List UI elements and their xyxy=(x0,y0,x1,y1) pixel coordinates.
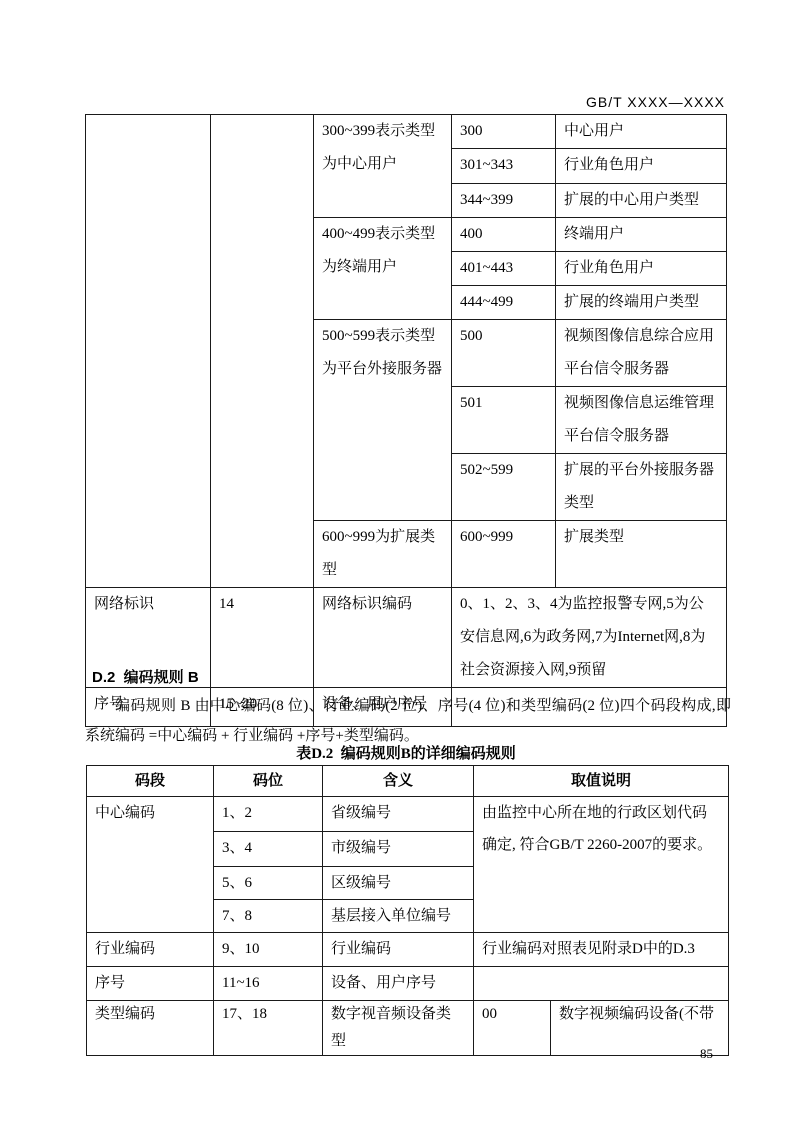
table-row: 行业编码 9、10 行业编码 行业编码对照表见附录D中的D.3 xyxy=(87,933,729,967)
segment-bits: 9、10 xyxy=(214,933,323,967)
type-code: 301~343 xyxy=(452,149,556,184)
document-page: GB/T XXXX—XXXX 300~399表示类型为中心用户 300 中心用户… xyxy=(0,0,794,1123)
segment-name: 行业编码 xyxy=(87,933,214,967)
segment-meaning: 行业编码 xyxy=(323,933,474,967)
table-row: 中心编码 1、2 省级编号 由监控中心所在地的行政区划代码确定, 符合GB/T … xyxy=(87,797,729,832)
column-header: 码位 xyxy=(214,766,323,797)
segment-value: 行业编码对照表见附录D中的D.3 xyxy=(474,933,729,967)
empty-continuation-cell-col2 xyxy=(211,115,314,588)
type-desc: 扩展的终端用户类型 xyxy=(556,286,727,320)
column-header: 含义 xyxy=(323,766,474,797)
segment-name: 中心编码 xyxy=(87,797,214,933)
type-desc: 行业角色用户 xyxy=(556,149,727,184)
segment-name: 序号 xyxy=(87,967,214,1001)
type-code: 300 xyxy=(452,115,556,149)
type-desc: 视频图像信息综合应用平台信令服务器 xyxy=(556,320,727,387)
type-desc: 扩展类型 xyxy=(556,521,727,588)
type-group-label: 300~399表示类型为中心用户 xyxy=(314,115,452,218)
segment-meaning: 设备、用户序号 xyxy=(323,967,474,1001)
type-code: 502~599 xyxy=(452,454,556,521)
type-desc: 扩展的中心用户类型 xyxy=(556,184,727,218)
type-code: 401~443 xyxy=(452,252,556,286)
type-group-label: 600~999为扩展类型 xyxy=(314,521,452,588)
segment-meaning: 省级编号 xyxy=(323,797,474,832)
segment-bits: 1、2 xyxy=(214,797,323,832)
field-bits: 14 xyxy=(211,588,314,688)
segment-bits: 11~16 xyxy=(214,967,323,1001)
segment-bits: 3、4 xyxy=(214,832,323,867)
type-code: 500 xyxy=(452,320,556,387)
standard-number-header: GB/T XXXX—XXXX xyxy=(85,94,725,110)
table-caption: 表D.2 编码规则B的详细编码规则 xyxy=(85,742,727,763)
field-value: 0、1、2、3、4为监控报警专网,5为公安信息网,6为政务网,7为Interne… xyxy=(452,588,727,688)
table-row: 序号 11~16 设备、用户序号 xyxy=(87,967,729,1001)
type-code: 501 xyxy=(452,387,556,454)
table-row: 300~399表示类型为中心用户 300 中心用户 xyxy=(86,115,727,149)
type-code: 600~999 xyxy=(452,521,556,588)
column-header: 码段 xyxy=(87,766,214,797)
column-header: 取值说明 xyxy=(474,766,729,797)
type-group-label: 400~499表示类型为终端用户 xyxy=(314,218,452,320)
page-number: 85 xyxy=(85,1046,713,1062)
type-desc: 终端用户 xyxy=(556,218,727,252)
type-desc: 视频图像信息运维管理平台信令服务器 xyxy=(556,387,727,454)
section-heading: D.2 编码规则 B xyxy=(92,666,199,687)
field-meaning: 网络标识编码 xyxy=(314,588,452,688)
type-code: 400 xyxy=(452,218,556,252)
table-header-row: 码段 码位 含义 取值说明 xyxy=(87,766,729,797)
type-code: 444~499 xyxy=(452,286,556,320)
segment-bits: 5、6 xyxy=(214,867,323,900)
type-desc: 行业角色用户 xyxy=(556,252,727,286)
type-code: 344~399 xyxy=(452,184,556,218)
segment-bits: 7、8 xyxy=(214,900,323,933)
rule-b-table: 码段 码位 含义 取值说明 中心编码 1、2 省级编号 由监控中心所在地的行政区… xyxy=(86,765,729,1056)
empty-continuation-cell-col1 xyxy=(86,115,211,588)
segment-meaning: 区级编号 xyxy=(323,867,474,900)
segment-value xyxy=(474,967,729,1001)
type-desc: 扩展的平台外接服务器类型 xyxy=(556,454,727,521)
type-group-label: 500~599表示类型为平台外接服务器 xyxy=(314,320,452,521)
type-desc: 中心用户 xyxy=(556,115,727,149)
segment-meaning: 基层接入单位编号 xyxy=(323,900,474,933)
segment-value: 由监控中心所在地的行政区划代码确定, 符合GB/T 2260-2007的要求。 xyxy=(474,797,729,933)
type-code-table: 300~399表示类型为中心用户 300 中心用户 301~343 行业角色用户… xyxy=(85,114,727,727)
segment-meaning: 市级编号 xyxy=(323,832,474,867)
